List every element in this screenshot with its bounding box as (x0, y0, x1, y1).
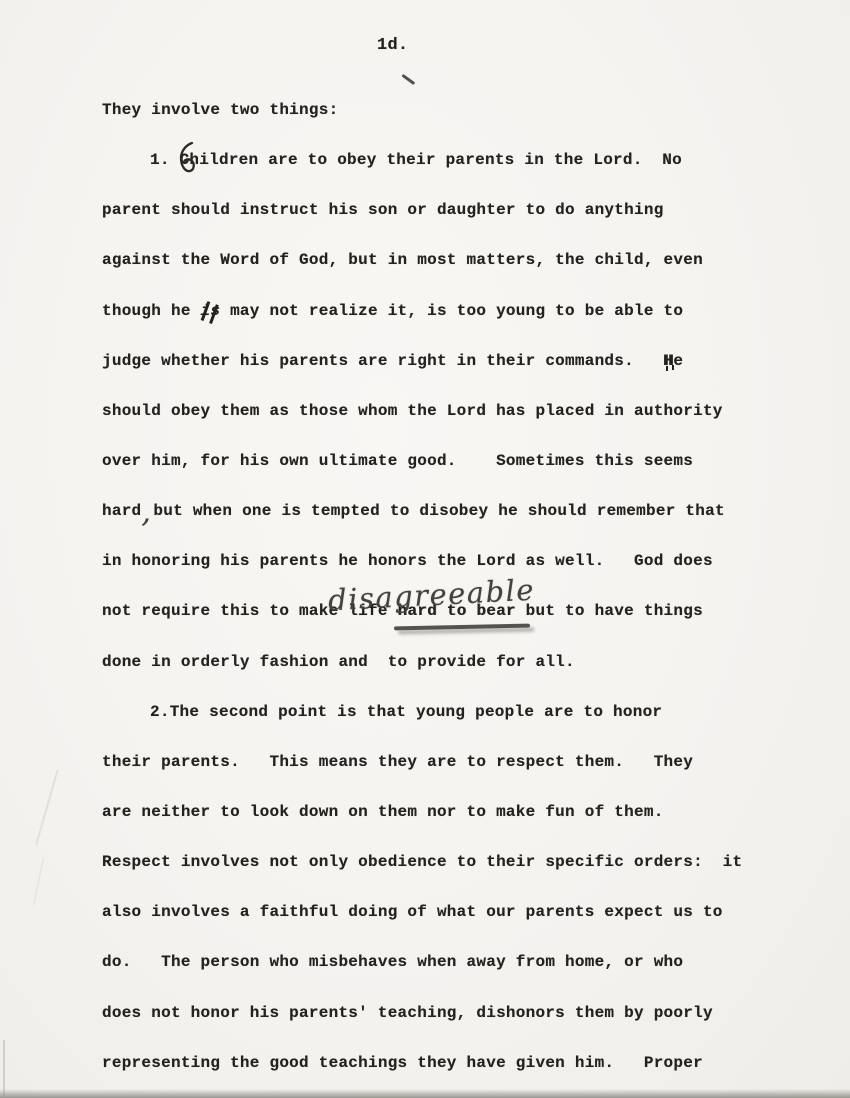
list-number-1: 1. (150, 151, 180, 169)
typed-line: not require this to make life hard to be… (102, 586, 782, 636)
typed-xed-out-word: is (201, 286, 221, 336)
struck-phrase: hard to beardisagreeable (398, 602, 516, 620)
paper-scratch (35, 769, 58, 844)
typed-line: their parents. This means they are to re… (102, 737, 782, 787)
scan-bottom-edge (0, 1089, 850, 1098)
typed-text: but to have things (516, 602, 703, 620)
corrected-letter-c: C (180, 135, 190, 185)
typed-line: judge whether his parents are right in t… (102, 336, 782, 386)
typed-line: Respect involves not only obedience to t… (102, 837, 782, 887)
typed-line: should obey them as those whom the Lord … (102, 386, 782, 436)
typed-line: over him, for his own ultimate good. Som… (102, 436, 782, 486)
intro-line: They involve two things: (102, 85, 782, 135)
typed-line: does not honor his parents' teaching, di… (102, 988, 782, 1038)
page-number: 1d. (377, 36, 408, 55)
typed-line: 2.The second point is that young people … (102, 687, 782, 737)
typed-line: also involves a faithful doing of what o… (102, 887, 782, 937)
typed-line: representing the good teachings they hav… (102, 1038, 782, 1088)
typed-line: parent should instruct his son or daught… (102, 185, 782, 235)
typed-line: 1. Children are to obey their parents in… (102, 135, 782, 185)
typed-text: but when one is tempted to disobey he sh… (153, 502, 724, 520)
overstruck-letter-h: H (664, 352, 674, 370)
typewritten-page: 1d. They involve two things: 1. Children… (0, 0, 850, 1098)
typed-line: though he is may not realize it, is too … (102, 286, 782, 336)
typed-line: are neither to look down on them nor to … (102, 787, 782, 837)
typed-line: done in orderly fashion and to provide f… (102, 637, 782, 687)
typed-text: hard (102, 502, 141, 520)
typed-text: may not realize it, is too young to be a… (220, 302, 683, 320)
paper-scratch (33, 858, 44, 905)
typed-line: against the Word of God, but in most mat… (102, 235, 782, 285)
typed-letter: C (180, 151, 190, 169)
typed-text: e (673, 352, 683, 370)
typed-text: hildren are to obey their parents in the… (189, 151, 682, 169)
typed-line: hard,but when one is tempted to disobey … (102, 486, 782, 536)
typed-body: They involve two things: 1. Children are… (102, 85, 782, 1088)
pen-stroke-mark (402, 74, 416, 85)
paper-crease (3, 1040, 5, 1096)
typed-text: judge whether his parents are right in t… (102, 352, 664, 370)
typed-line: do. The person who misbehaves when away … (102, 937, 782, 987)
typed-text: though he (102, 302, 201, 320)
